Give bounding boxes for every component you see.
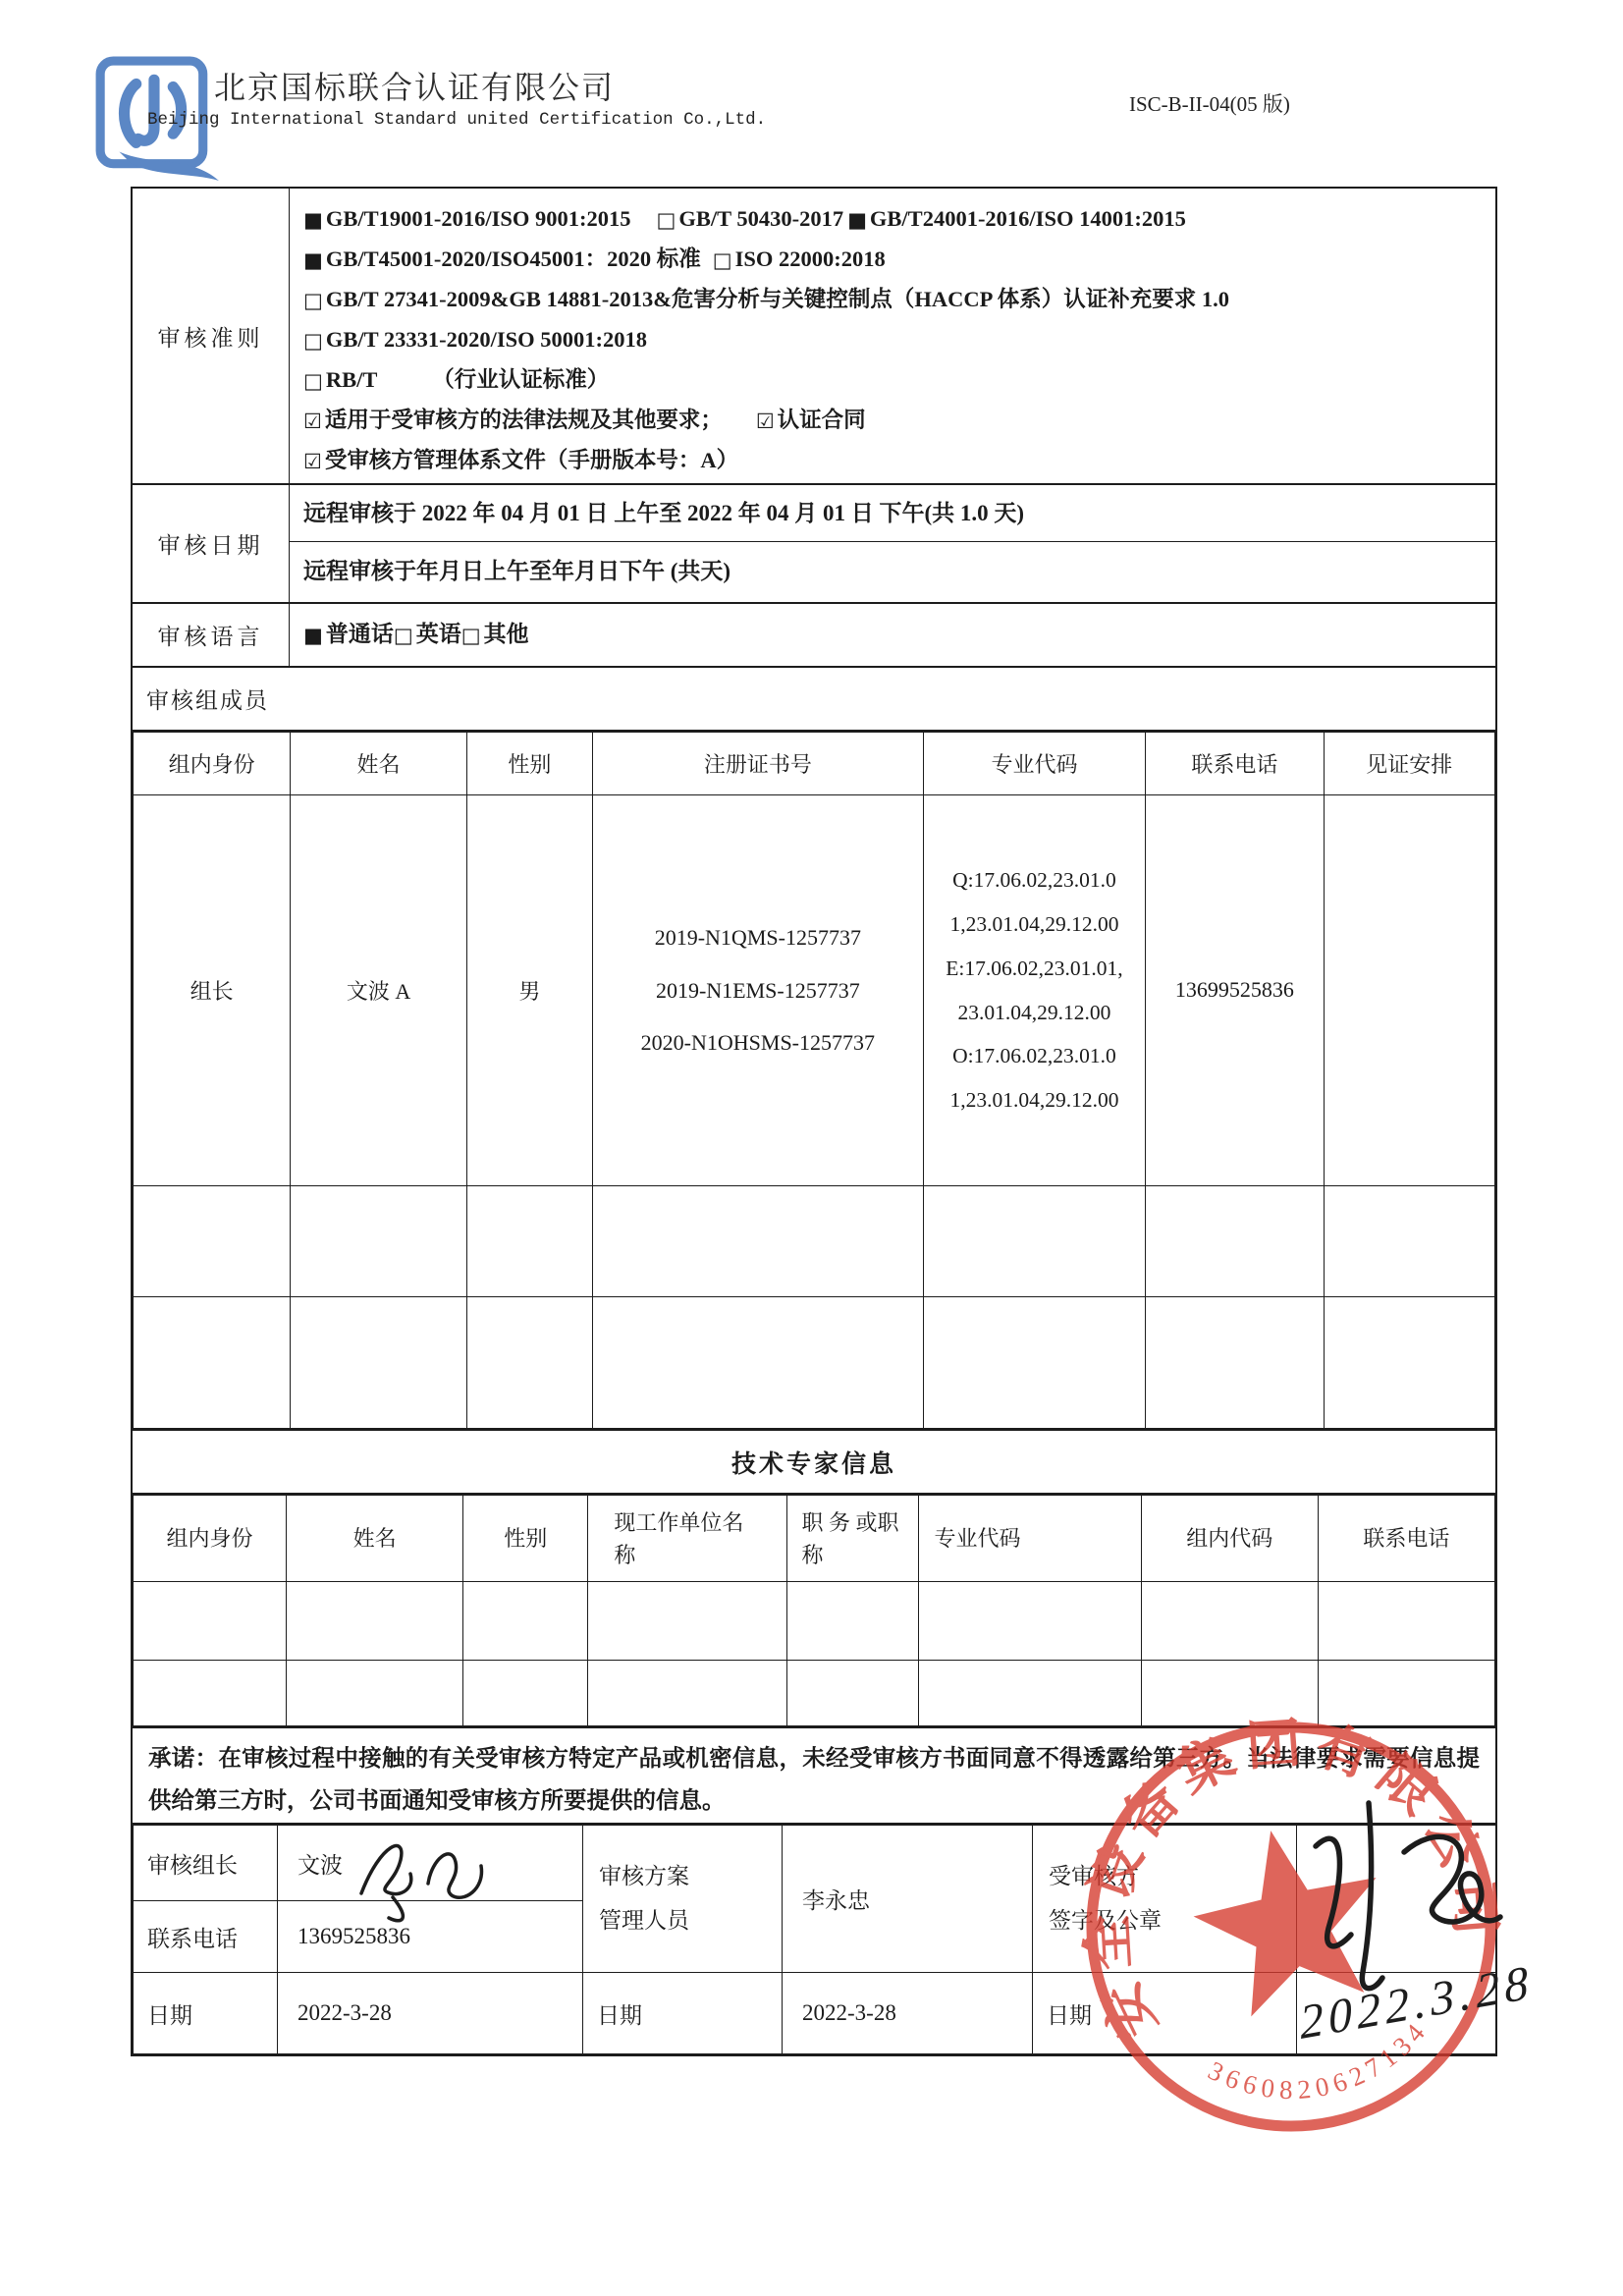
checkbox-ticked-icon: ☑ [303, 450, 322, 473]
checkbox-empty-icon: □ [303, 369, 323, 393]
criteria-row: 审核准则 ■GB/T19001-2016/ISO 9001:2015□GB/T … [133, 189, 1495, 485]
confidentiality-commitment: 承诺：在审核过程中接触的有关受审核方特定产品或机密信息，未经受审核方书面同意不得… [133, 1728, 1495, 1825]
experts-header-row: 组内身份 姓名 性别 现工作单位名称 职 务 或职称 专业代码 组内代码 联系电… [134, 1496, 1495, 1582]
checkbox-checked-icon: ■ [847, 208, 867, 232]
team-empty-row [134, 1186, 1495, 1297]
date-label: 日期 [583, 1973, 783, 2054]
criteria-line: □GB/T 23331-2020/ISO 50001:2018 [303, 319, 1495, 359]
checkbox-checked-icon: ■ [303, 624, 323, 647]
leader-certs: 2019-N1QMS-1257737 2019-N1EMS-1257737 20… [592, 795, 923, 1186]
col-header: 姓名 [291, 733, 466, 795]
col-header: 组内代码 [1141, 1496, 1318, 1582]
experts-empty-row [134, 1582, 1495, 1661]
checkbox-empty-icon: □ [461, 624, 481, 647]
company-name-cn: 北京国标联合认证有限公司 [214, 63, 615, 108]
checkbox-empty-icon: □ [303, 329, 323, 353]
team-leader-row: 组长 文波 A 男 2019-N1QMS-1257737 2019-N1EMS-… [134, 795, 1495, 1186]
leader-codes: Q:17.06.02,23.01.01,23.01.04,29.12.00 E:… [923, 795, 1145, 1186]
checkbox-ticked-icon: ☑ [756, 410, 775, 433]
manager-name: 李永忠 [783, 1826, 1033, 1973]
manager-date: 2022-3-28 [783, 1973, 1033, 2054]
leader-gender: 男 [466, 795, 592, 1186]
date-label: 日期 [1033, 1973, 1297, 2054]
leader-date: 2022-3-28 [278, 1973, 583, 2054]
criteria-label: 审核准则 [133, 189, 290, 483]
criteria-line: □GB/T 27341-2009&GB 14881-2013&危害分析与关键控制… [303, 279, 1495, 319]
checkbox-checked-icon: ■ [303, 208, 323, 232]
audit-date-value-1: 远程审核于 2022 年 04 月 01 日 上午至 2022 年 04 月 0… [290, 485, 1495, 542]
audit-form-table: 审核准则 ■GB/T19001-2016/ISO 9001:2015□GB/T … [131, 187, 1497, 2056]
criteria-line: □RB/T （行业认证标准） [303, 359, 1495, 400]
col-header: 姓名 [287, 1496, 463, 1582]
experts-table: 组内身份 姓名 性别 现工作单位名称 职 务 或职称 专业代码 组内代码 联系电… [133, 1495, 1495, 1726]
document-code: ISC-B-II-04(05 版) [1129, 88, 1290, 118]
criteria-line: ☑受审核方管理体系文件（手册版本号：A） [303, 440, 1495, 480]
audit-date-label: 审核日期 [133, 485, 290, 602]
criteria-line: ■GB/T19001-2016/ISO 9001:2015□GB/T 50430… [303, 198, 1495, 239]
col-header: 性别 [466, 733, 592, 795]
leader-name: 文波 A [291, 795, 466, 1186]
audit-team-table: 组内身份 姓名 性别 注册证书号 专业代码 联系电话 见证安排 组长 文波 A … [133, 732, 1495, 1429]
signoff-table: 审核组长 文波 审核方案 管理人员 李永忠 受审核方 签字及公章 联系电话 13… [133, 1825, 1496, 2054]
checkbox-empty-icon: □ [713, 248, 732, 272]
experts-empty-row [134, 1661, 1495, 1726]
audit-date-value-2: 远程审核于年月日上午至年月日下午 (共天) [290, 542, 1495, 600]
col-header: 联系电话 [1146, 733, 1324, 795]
manager-label: 审核方案 管理人员 [583, 1826, 783, 1973]
leader-signoff-label: 审核组长 [134, 1826, 278, 1901]
audit-language-value: ■普通话□英语□其他 [290, 604, 1495, 665]
document-page: 北京国标联合认证有限公司 Beijing International Stand… [0, 0, 1623, 2296]
audit-date-row: 审核日期 远程审核于 2022 年 04 月 01 日 上午至 2022 年 0… [133, 485, 1495, 604]
checkbox-ticked-icon: ☑ [303, 410, 322, 433]
col-header: 专业代码 [923, 733, 1145, 795]
audit-language-row: 审核语言 ■普通话□英语□其他 [133, 604, 1495, 668]
leader-signoff-name: 文波 [278, 1826, 583, 1901]
col-header: 职 务 或职称 [787, 1496, 918, 1582]
company-name-en: Beijing International Standard united Ce… [147, 110, 766, 130]
date-label: 日期 [134, 1973, 278, 2054]
col-header: 性别 [463, 1496, 588, 1582]
col-header: 组内身份 [134, 1496, 287, 1582]
leader-role: 组长 [134, 795, 291, 1186]
leader-witness [1324, 795, 1494, 1186]
criteria-line: ■GB/T45001-2020/ISO45001：2020 标准□ISO 220… [303, 239, 1495, 279]
criteria-content: ■GB/T19001-2016/ISO 9001:2015□GB/T 50430… [290, 189, 1495, 483]
checkbox-empty-icon: □ [394, 624, 413, 647]
col-header: 专业代码 [918, 1496, 1141, 1582]
col-header: 现工作单位名称 [588, 1496, 787, 1582]
team-section-title: 审核组成员 [133, 668, 1495, 732]
col-header: 联系电话 [1318, 1496, 1494, 1582]
criteria-line: ☑适用于受审核方的法律法规及其他要求；☑认证合同 [303, 400, 1495, 440]
checkbox-empty-icon: □ [657, 208, 676, 232]
experts-section-title: 技术专家信息 [133, 1431, 1495, 1495]
audit-language-label: 审核语言 [133, 604, 290, 666]
team-empty-row [134, 1297, 1495, 1429]
leader-phone-label: 联系电话 [134, 1901, 278, 1973]
col-header: 组内身份 [134, 733, 291, 795]
col-header: 见证安排 [1324, 733, 1494, 795]
col-header: 注册证书号 [592, 733, 923, 795]
checkbox-empty-icon: □ [303, 289, 323, 312]
auditee-label: 受审核方 签字及公章 [1033, 1826, 1297, 1973]
auditee-stamp-cell [1297, 1826, 1496, 1973]
leader-phone-value: 1369525836 [278, 1901, 583, 1973]
checkbox-checked-icon: ■ [303, 248, 323, 272]
leader-phone: 13699525836 [1146, 795, 1324, 1186]
team-header-row: 组内身份 姓名 性别 注册证书号 专业代码 联系电话 见证安排 [134, 733, 1495, 795]
